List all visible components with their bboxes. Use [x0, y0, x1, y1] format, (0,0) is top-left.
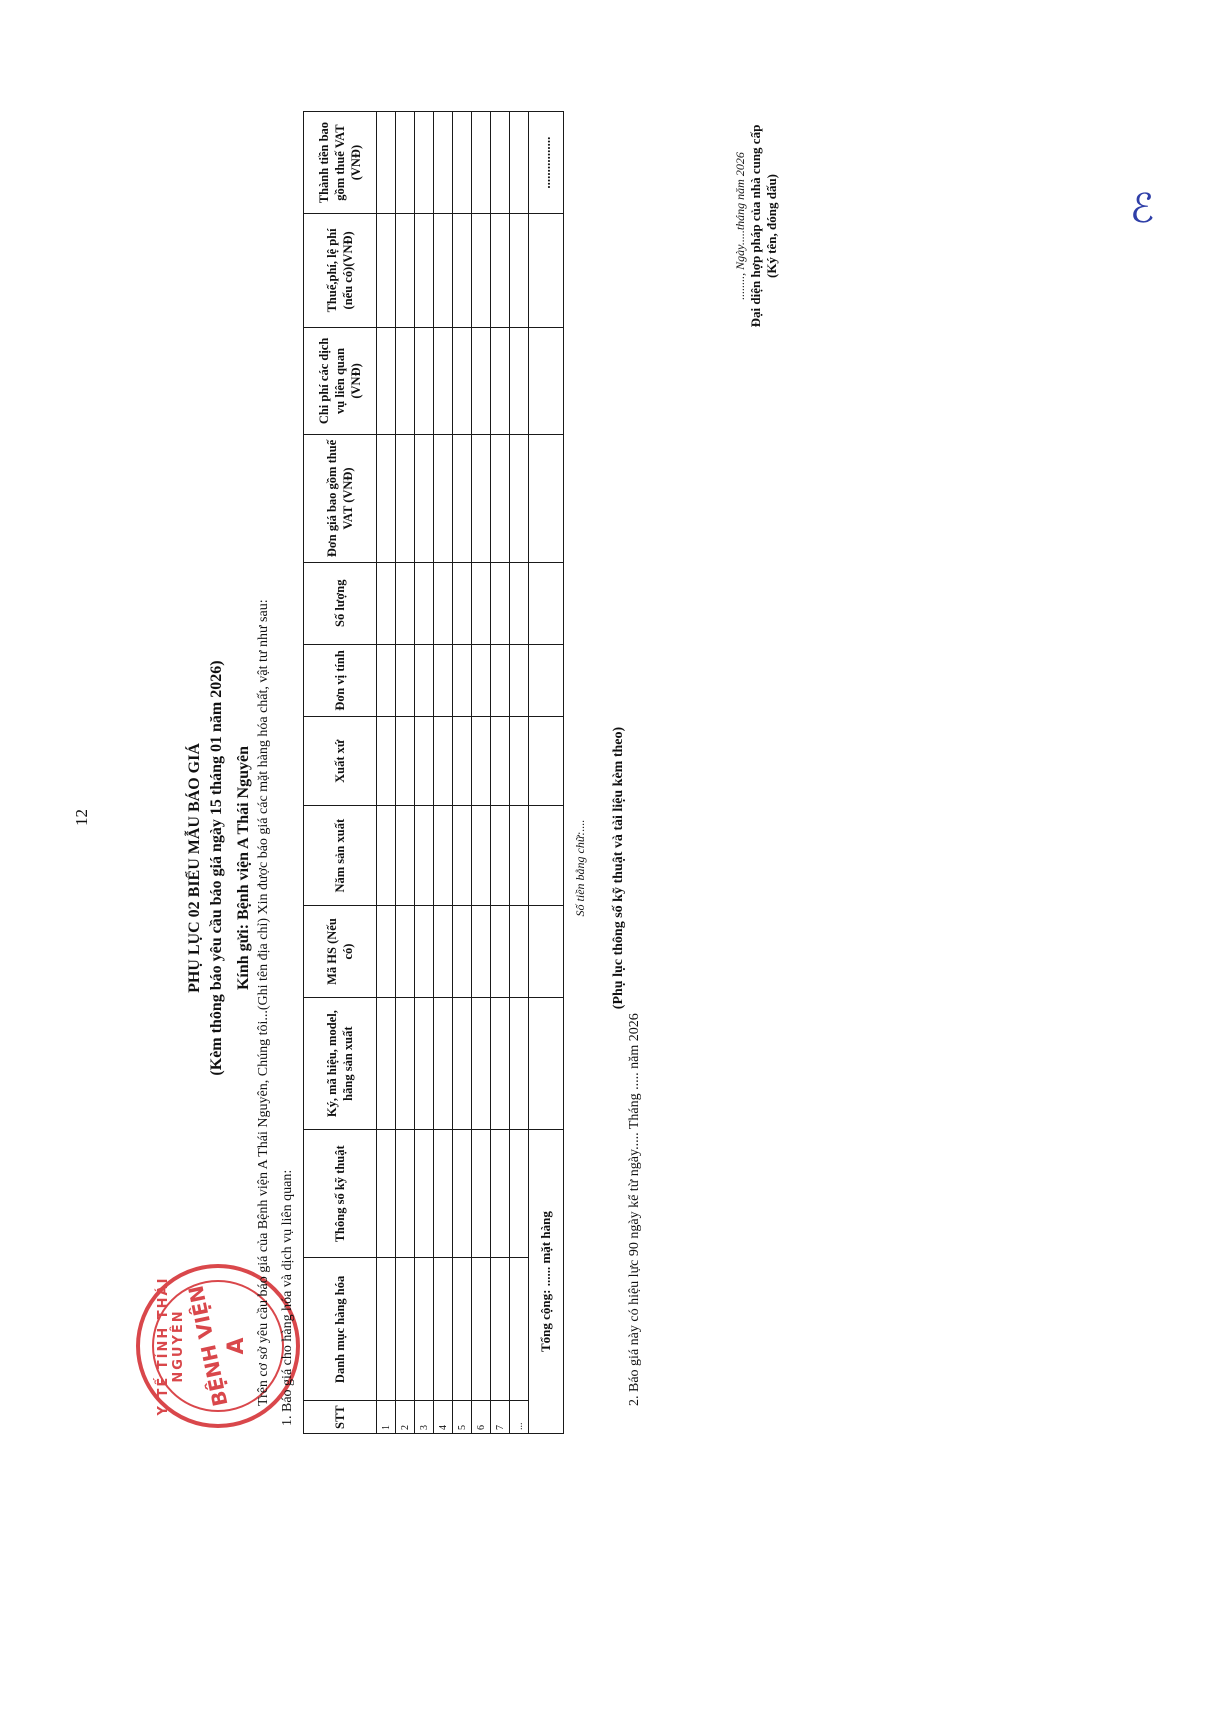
empty-cell	[510, 806, 529, 906]
empty-cell	[453, 806, 472, 906]
header-stt: STT	[304, 1401, 377, 1434]
stamp-ring-text: Y TẾ TỈNH THÁI NGUYÊN	[156, 1268, 186, 1424]
empty-cell	[510, 1130, 529, 1258]
header-unit-price: Đơn giá bao gồm thuế VAT (VNĐ)	[304, 435, 377, 562]
empty-cell	[377, 435, 396, 562]
empty-cell	[396, 1258, 415, 1401]
empty-cell	[415, 1258, 434, 1401]
empty-cell	[415, 327, 434, 435]
signature-role: Đại diện hợp pháp của nhà cung cấp	[748, 106, 764, 346]
row-number: 4	[434, 1401, 453, 1434]
empty-cell	[453, 906, 472, 998]
empty-cell	[396, 214, 415, 327]
empty-cell	[377, 562, 396, 644]
recipient: Kính gửi: Bệnh viện A Thái Nguyên	[232, 0, 256, 1736]
empty-cell	[396, 327, 415, 435]
empty-cell	[491, 327, 510, 435]
empty-cell	[415, 562, 434, 644]
row-number: 5	[453, 1401, 472, 1434]
empty-cell	[415, 906, 434, 998]
empty-cell	[472, 327, 491, 435]
empty-cell	[396, 1130, 415, 1258]
empty-cell	[510, 1258, 529, 1401]
title-block: PHỤ LỤC 02 BIỂU MẪU BÁO GIÁ (Kèm thông b…	[184, 0, 256, 1736]
empty-cell	[434, 1130, 453, 1258]
empty-cell	[472, 806, 491, 906]
empty-cell	[491, 562, 510, 644]
empty-cell	[491, 998, 510, 1130]
total-empty-cell	[529, 327, 564, 435]
empty-cell	[491, 1258, 510, 1401]
header-specs: Thông số kỹ thuật	[304, 1130, 377, 1258]
empty-cell	[453, 1130, 472, 1258]
empty-cell	[377, 906, 396, 998]
empty-cell	[415, 998, 434, 1130]
row-number: 1	[377, 1401, 396, 1434]
empty-cell	[396, 998, 415, 1130]
empty-cell	[510, 435, 529, 562]
empty-cell	[415, 717, 434, 806]
total-empty-cell	[529, 717, 564, 806]
page-number: 12	[72, 809, 92, 826]
row-number: 3	[415, 1401, 434, 1434]
row-number: 2	[396, 1401, 415, 1434]
empty-cell	[396, 806, 415, 906]
header-taxes: Thuế,phí, lệ phí (nếu có)(VNĐ)	[304, 214, 377, 327]
empty-cell	[434, 906, 453, 998]
total-empty-cell	[529, 906, 564, 998]
header-service-cost: Chi phí các dịch vụ liên quan (VNĐ)	[304, 327, 377, 435]
total-empty-cell	[529, 562, 564, 644]
total-empty-cell	[529, 214, 564, 327]
signature-note: (Ký tên, đóng dấu)	[764, 106, 780, 346]
total-empty-cell	[529, 806, 564, 906]
empty-cell	[377, 806, 396, 906]
empty-cell	[415, 214, 434, 327]
empty-cell	[472, 112, 491, 214]
header-hs-code: Mã HS (Nếu có)	[304, 906, 377, 998]
empty-cell	[434, 435, 453, 562]
empty-cell	[396, 562, 415, 644]
signature-block: ........, Ngày.....tháng năm 2026 Đại di…	[732, 106, 780, 346]
header-model: Ký, mã hiệu, model, hãng sản xuất	[304, 998, 377, 1130]
empty-cell	[472, 1130, 491, 1258]
empty-cell	[415, 1130, 434, 1258]
header-quantity: Số lượng	[304, 562, 377, 644]
empty-cell	[491, 806, 510, 906]
signature-date: ........, Ngày.....tháng năm 2026	[732, 106, 748, 346]
table-total-row: Tổng cộng: ...... mặt hàng .............…	[529, 112, 564, 1434]
empty-cell	[453, 717, 472, 806]
empty-cell	[415, 644, 434, 716]
empty-cell	[396, 644, 415, 716]
total-empty-cell	[529, 998, 564, 1130]
row-number: 6	[472, 1401, 491, 1434]
empty-cell	[472, 998, 491, 1130]
table-row: 5	[453, 112, 472, 1434]
empty-cell	[510, 327, 529, 435]
empty-cell	[396, 435, 415, 562]
handwritten-initial-icon: ℰ	[1130, 186, 1190, 226]
document-sheet: 12 Y TẾ TỈNH THÁI NGUYÊN BỆNH VIỆN A PHỤ…	[0, 0, 1230, 1736]
empty-cell	[472, 644, 491, 716]
total-empty-cell	[529, 644, 564, 716]
empty-cell	[453, 112, 472, 214]
header-item-list: Danh mục hàng hóa	[304, 1258, 377, 1401]
empty-cell	[491, 717, 510, 806]
total-label: Tổng cộng: ...... mặt hàng	[529, 1130, 564, 1434]
empty-cell	[434, 214, 453, 327]
empty-cell	[434, 717, 453, 806]
table-row: 2	[396, 112, 415, 1434]
empty-cell	[491, 112, 510, 214]
empty-cell	[434, 1258, 453, 1401]
empty-cell	[434, 806, 453, 906]
empty-cell	[491, 1130, 510, 1258]
empty-cell	[491, 906, 510, 998]
empty-cell	[510, 214, 529, 327]
empty-cell	[434, 644, 453, 716]
empty-cell	[472, 214, 491, 327]
header-unit: Đơn vị tính	[304, 644, 377, 716]
empty-cell	[415, 435, 434, 562]
section-1-heading: 1. Báo giá cho hàng hóa và dịch vụ liên …	[280, 1170, 296, 1426]
empty-cell	[510, 644, 529, 716]
empty-cell	[453, 327, 472, 435]
empty-cell	[510, 717, 529, 806]
table-header-row: STT Danh mục hàng hóa Thông số kỹ thuật …	[304, 112, 377, 1434]
header-total: Thành tiền bao gồm thuế VAT (VNĐ)	[304, 112, 377, 214]
empty-cell	[491, 644, 510, 716]
empty-cell	[377, 644, 396, 716]
empty-cell	[377, 327, 396, 435]
quotation-table: STT Danh mục hàng hóa Thông số kỹ thuật …	[303, 111, 564, 1434]
empty-cell	[453, 1258, 472, 1401]
empty-cell	[453, 644, 472, 716]
empty-cell	[472, 906, 491, 998]
empty-cell	[472, 435, 491, 562]
intro-paragraph: Trên cơ sở yêu cầu báo giá của Bệnh viện…	[256, 599, 272, 1406]
row-number: 7	[491, 1401, 510, 1434]
empty-cell	[377, 214, 396, 327]
document-title: PHỤ LỤC 02 BIỂU MẪU BÁO GIÁ	[184, 0, 206, 1736]
header-origin: Xuất xứ	[304, 717, 377, 806]
empty-cell	[377, 998, 396, 1130]
empty-cell	[415, 112, 434, 214]
empty-cell	[377, 1130, 396, 1258]
empty-cell	[453, 435, 472, 562]
row-number: ...	[510, 1401, 529, 1434]
total-empty-cell	[529, 435, 564, 562]
empty-cell	[396, 717, 415, 806]
empty-cell	[453, 562, 472, 644]
table-row: 6	[472, 112, 491, 1434]
empty-cell	[434, 562, 453, 644]
table-row: 4	[434, 112, 453, 1434]
total-value: ................	[529, 112, 564, 214]
appendix-note: (Phụ lục thông số kỹ thuật và tài liệu k…	[611, 0, 627, 1736]
document-subtitle: (Kèm thông báo yêu cầu báo giá ngày 15 t…	[206, 0, 228, 1736]
validity-statement: 2. Báo giá này có hiệu lực 90 ngày kể từ…	[627, 1013, 643, 1406]
empty-cell	[434, 327, 453, 435]
empty-cell	[377, 717, 396, 806]
empty-cell	[377, 1258, 396, 1401]
table-row: 3	[415, 112, 434, 1434]
empty-cell	[491, 214, 510, 327]
empty-cell	[510, 906, 529, 998]
empty-cell	[472, 562, 491, 644]
header-year: Năm sản xuất	[304, 806, 377, 906]
empty-cell	[415, 806, 434, 906]
table-row: 7	[491, 112, 510, 1434]
empty-cell	[396, 112, 415, 214]
empty-cell	[510, 562, 529, 644]
empty-cell	[472, 717, 491, 806]
empty-cell	[510, 112, 529, 214]
empty-cell	[396, 906, 415, 998]
empty-cell	[434, 998, 453, 1130]
empty-cell	[453, 998, 472, 1130]
table-row: ...	[510, 112, 529, 1434]
empty-cell	[472, 1258, 491, 1401]
empty-cell	[434, 112, 453, 214]
empty-cell	[491, 435, 510, 562]
table-row: 1	[377, 112, 396, 1434]
empty-cell	[510, 998, 529, 1130]
amount-in-words: Số tiền bằng chữ:....	[573, 0, 588, 1736]
empty-cell	[453, 214, 472, 327]
empty-cell	[377, 112, 396, 214]
